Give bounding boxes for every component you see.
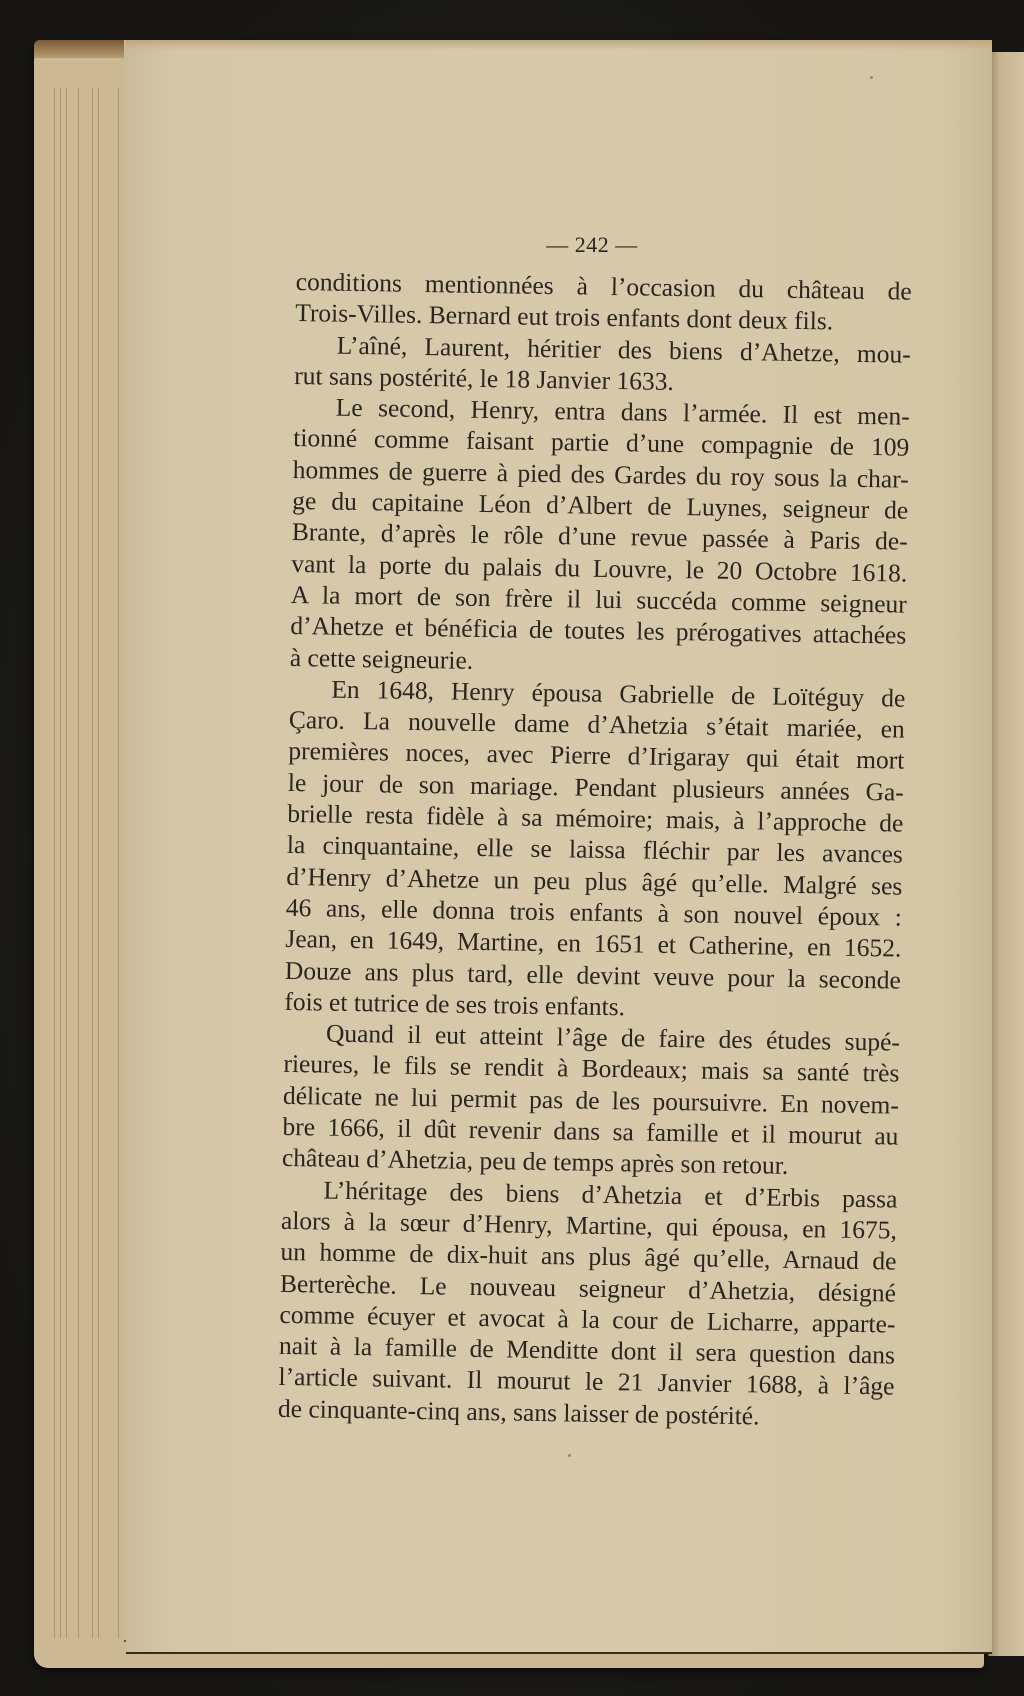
page-edge-line <box>118 88 119 1638</box>
page-stack-top-edge <box>34 40 124 58</box>
torn-top-edge <box>126 40 992 50</box>
body-text: conditions mentionnées à l’occasion du c… <box>278 266 912 1434</box>
paper-speck <box>568 1454 571 1457</box>
page-edge-line <box>92 88 93 1638</box>
page-edge-line <box>60 88 61 1638</box>
page-edge-line <box>66 88 67 1638</box>
page-edge-line <box>78 88 79 1638</box>
page-number: — 242 — <box>0 232 1024 258</box>
next-page-gutter <box>988 52 1024 1656</box>
page-edge-line <box>98 88 99 1638</box>
page-edge-line <box>54 88 55 1638</box>
paper-speck <box>870 76 873 79</box>
